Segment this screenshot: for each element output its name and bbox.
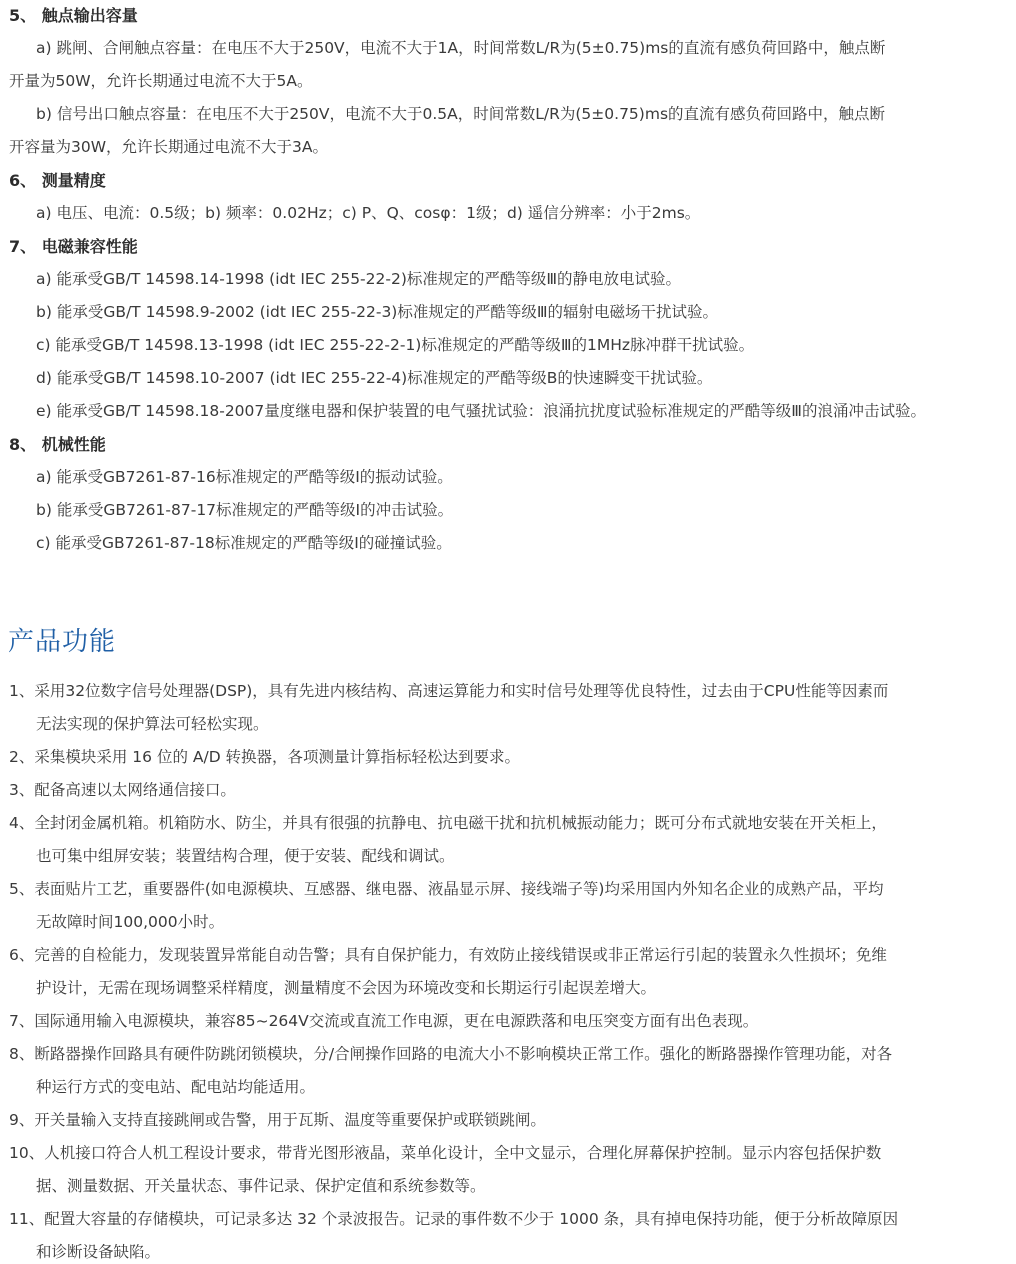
feature-item: 3、配备高速以太网络通信接口。 [9,774,236,807]
section-heading-emc: 7、 电磁兼容性能 [9,230,138,263]
spec-text: a) 电压、电流：0.5级；b) 频率：0.02Hz；c) P、Q、cosφ：1… [36,197,700,230]
feature-item-continuation: 种运行方式的变电站、配电站均能适用。 [36,1071,315,1104]
page-section-title-product-functions: 产品功能 [8,622,116,662]
feature-item-continuation: 据、测量数据、开关量状态、事件记录、保护定值和系统参数等。 [36,1170,486,1203]
feature-item-continuation: 无故障时间100,000小时。 [36,906,224,939]
spec-text: 开容量为30W，允许长期通过电流不大于3A。 [9,131,328,164]
feature-item: 5、表面贴片工艺，重要器件(如电源模块、互感器、继电器、液晶显示屏、接线端子等)… [9,873,883,906]
section-heading-measurement-accuracy: 6、 测量精度 [9,164,106,197]
feature-item: 7、国际通用输入电源模块，兼容85~264V交流或直流工作电源，更在电源跌落和电… [9,1005,758,1038]
section-heading-mechanical: 8、 机械性能 [9,428,106,461]
spec-text: c) 能承受GB7261-87-18标准规定的严酷等级Ⅰ的碰撞试验。 [36,527,452,560]
feature-item: 6、完善的自检能力，发现装置异常能自动告警；具有自保护能力，有效防止接线错误或非… [9,939,887,972]
feature-item: 10、人机接口符合人机工程设计要求，带背光图形液晶，菜单化设计，全中文显示，合理… [9,1137,881,1170]
feature-item-continuation: 和诊断设备缺陷。 [36,1236,160,1264]
feature-item-continuation: 护设计，无需在现场调整采样精度，测量精度不会因为环境改变和长期运行引起误差增大。 [36,972,656,1005]
spec-text: c) 能承受GB/T 14598.13-1998 (idt IEC 255-22… [36,329,754,362]
feature-item: 11、配置大容量的存储模块，可记录多达 32 个录波报告。记录的事件数不少于 1… [9,1203,898,1236]
spec-text: 开量为50W，允许长期通过电流不大于5A。 [9,65,313,98]
spec-text: b) 信号出口触点容量：在电压不大于250V，电流不大于0.5A，时间常数L/R… [36,98,885,131]
feature-item: 8、断路器操作回路具有硬件防跳闭锁模块，分/合闸操作回路的电流大小不影响模块正常… [9,1038,892,1071]
spec-text: a) 跳闸、合闸触点容量：在电压不大于250V，电流不大于1A，时间常数L/R为… [36,32,885,65]
feature-item: 9、开关量输入支持直接跳闸或告警，用于瓦斯、温度等重要保护或联锁跳闸。 [9,1104,546,1137]
section-heading-contact-output: 5、 触点输出容量 [9,0,138,32]
feature-item: 2、采集模块采用 16 位的 A/D 转换器，各项测量计算指标轻松达到要求。 [9,741,520,774]
spec-text: e) 能承受GB/T 14598.18-2007量度继电器和保护装置的电气骚扰试… [36,395,926,428]
feature-item-continuation: 无法实现的保护算法可轻松实现。 [36,708,269,741]
feature-item-continuation: 也可集中组屏安装；装置结构合理，便于安装、配线和调试。 [36,840,455,873]
spec-text: b) 能承受GB/T 14598.9-2002 (idt IEC 255-22-… [36,296,718,329]
spec-text: a) 能承受GB7261-87-16标准规定的严酷等级Ⅰ的振动试验。 [36,461,453,494]
feature-item: 1、采用32位数字信号处理器(DSP)，具有先进内核结构、高速运算能力和实时信号… [9,675,888,708]
spec-text: d) 能承受GB/T 14598.10-2007 (idt IEC 255-22… [36,362,712,395]
spec-text: b) 能承受GB7261-87-17标准规定的严酷等级Ⅰ的冲击试验。 [36,494,453,527]
spec-text: a) 能承受GB/T 14598.14-1998 (idt IEC 255-22… [36,263,681,296]
feature-item: 4、全封闭金属机箱。机箱防水、防尘，并具有很强的抗静电、抗电磁干扰和抗机械振动能… [9,807,887,840]
